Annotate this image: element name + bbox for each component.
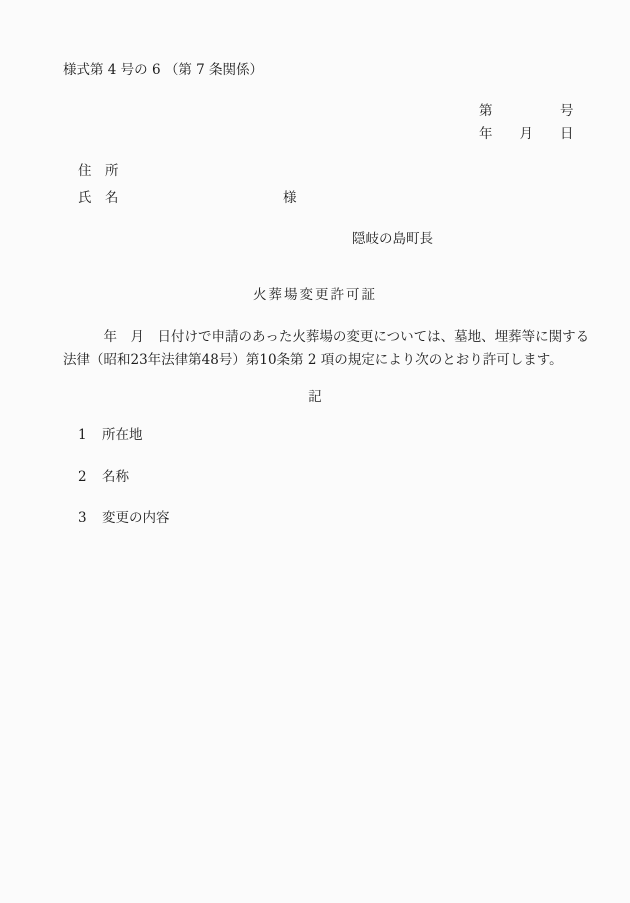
list-item-number: 2: [78, 468, 102, 488]
addressee-honorific: 様: [283, 189, 297, 209]
list-item-location: 1 所在地: [78, 426, 143, 446]
document-title: 火葬場変更許可証: [0, 286, 630, 306]
form-number: 様式第 4 号の 6 （第 7 条関係）: [63, 61, 263, 81]
addressee-address-label: 住 所: [78, 162, 119, 182]
list-item-label: 名称: [102, 468, 129, 488]
list-item-number: 3: [78, 509, 102, 529]
issuer-title: 隠岐の島町長: [352, 230, 433, 250]
body-paragraph-line-2: 法律（昭和23年法律第48号）第10条第 2 項の規定により次のとおり許可します…: [63, 351, 563, 371]
body-paragraph-line-1: 年 月 日付けで申請のあった火葬場の変更については、墓地、埋葬等に関する: [63, 328, 589, 348]
document-page: 様式第 4 号の 6 （第 7 条関係） 第 号 年 月 日 住 所 氏 名 様…: [0, 0, 630, 903]
section-marker: 記: [0, 388, 630, 408]
list-item-label: 変更の内容: [102, 509, 170, 529]
issue-date-line: 年 月 日: [479, 125, 574, 145]
list-item-number: 1: [78, 426, 102, 446]
addressee-name-label: 氏 名: [78, 189, 119, 209]
list-item-label: 所在地: [102, 426, 143, 446]
list-item-change-details: 3 変更の内容: [78, 509, 170, 529]
list-item-name: 2 名称: [78, 468, 129, 488]
document-number-line: 第 号: [479, 102, 574, 122]
